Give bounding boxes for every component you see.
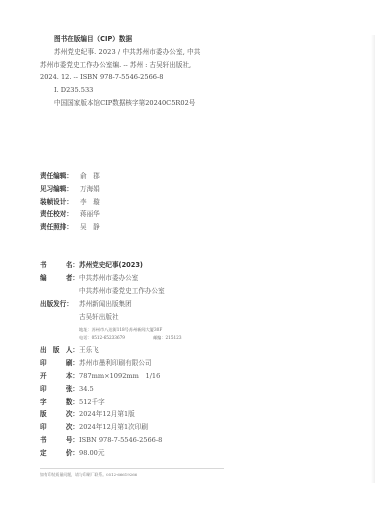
staff-row: 责任校对：蒋丽华 [40,208,100,221]
publisher-2: 古吴轩出版社 [40,311,182,324]
publisher-address: 地址：苏州市八达街118号苏州新闻大厦30F [40,326,182,334]
info-row-publisher-person: 出版人：王乐飞 [40,344,182,357]
footer-note: 如有印装质量问题，请与印刷厂联系。0512-66619266 [40,472,137,478]
info-row-printing: 印次：2024年12月第1次印刷 [40,421,182,434]
publisher-row: 出版发行： 苏州新闻出版集团 [40,298,182,311]
info-row-printer: 印刷：苏州市墨利印刷有限公司 [40,357,182,370]
cip-title: 图书在版编目（CIP）数据 [40,33,235,46]
cip-line-3: 2024. 12. -- ISBN 978-7-5546-2566-8 [40,71,235,84]
cip-number: 中国国家版本馆CIP数据核字第20240C5R02号 [40,97,235,110]
staff-row: 责任编辑：俞 郡 [40,170,100,183]
staff-row: 责任照排：吴 静 [40,221,100,234]
staff-row: 装帧设计：李 璇 [40,196,100,209]
info-row-edition: 版次：2024年12月第1版 [40,408,182,421]
cip-classification: Ⅰ. D235.533 [40,84,235,97]
publisher-contact: 电话：0512-65233679邮编：215123 [40,334,182,342]
info-row-isbn: 书号：ISBN 978-7-5546-2566-8 [40,434,182,447]
info-row-sheets: 印张：34.5 [40,383,182,396]
info-row-format: 开本：787mm×1092mm 1/16 [40,370,182,383]
cip-line-2: 苏州市委党史工作办公室编. -- 苏州 : 古吴轩出版社, [40,59,235,72]
divider [40,468,224,469]
cip-block: 图书在版编目（CIP）数据 苏州党史纪事. 2023 / 中共苏州市委办公室, … [40,33,235,110]
staff-row: 见习编辑：万海娟 [40,183,100,196]
info-row-word-count: 字数：512千字 [40,396,182,409]
publication-info: 书名： 苏州党史纪事(2023) 编者： 中共苏州市委办公室 中共苏州市委党史工… [40,259,182,460]
cip-line-1: 苏州党史纪事. 2023 / 中共苏州市委办公室, 中共 [40,46,235,59]
book-title: 苏州党史纪事(2023) [79,259,118,272]
editor-2: 中共苏州市委党史工作办公室 [40,285,182,298]
book-title-row: 书名： 苏州党史纪事(2023) [40,259,182,272]
page-edge-shadow [371,35,375,483]
info-row-price: 定价：98.00元 [40,447,182,460]
staff-credits: 责任编辑：俞 郡 见习编辑：万海娟 装帧设计：李 璇 责任校对：蒋丽华 责任照排… [40,170,100,234]
editor-row: 编者： 中共苏州市委办公室 [40,272,182,285]
